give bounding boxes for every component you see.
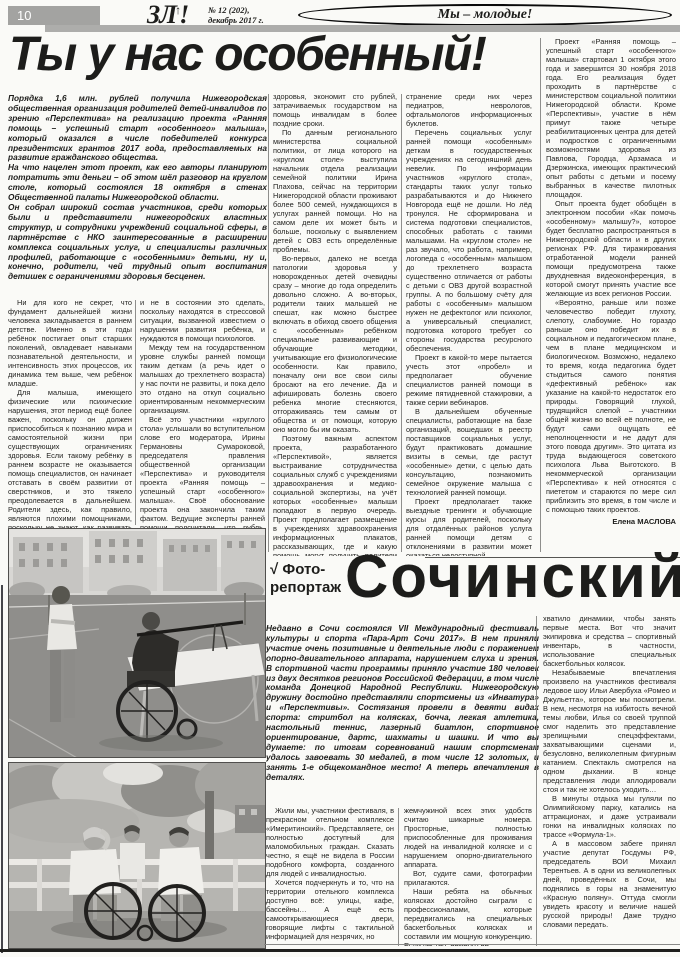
page-edge-line: [1, 585, 3, 953]
lead-paragraph: Он собрал широкий состав участников, сре…: [8, 203, 267, 282]
arrow-up-icon: ↑: [175, 3, 180, 17]
body-paragraph: Жили мы, участники фестиваля, в прекрасн…: [266, 806, 394, 878]
body-paragraph: Ни для кого не секрет, что фундамент дал…: [8, 298, 132, 388]
body-paragraph: По данным регионального министерства соц…: [273, 128, 397, 254]
footer-rule-thin: [264, 944, 680, 945]
body-paragraph: и не в состоянии это сделать, поскольку …: [140, 298, 265, 343]
lead-paragraph: Недавно в Сочи состоялся VII Международн…: [266, 624, 539, 783]
photo-report-label: √ Фото- репортаж: [270, 561, 341, 596]
body-paragraph: Вот, судите сами, фотографии прилагаются…: [404, 869, 532, 887]
lead-paragraph: Порядка 1,6 млн. рублей получила Нижегор…: [8, 94, 267, 163]
column-divider: [398, 808, 399, 946]
article1-column-3: здоровья, экономит сто рублей, затрачива…: [273, 92, 397, 556]
article1-column-2: и не в состоянии это сделать, поскольку …: [140, 298, 265, 530]
body-paragraph: хватило динамики, чтобы занять первые ме…: [543, 614, 676, 668]
article2-lead: Недавно в Сочи состоялся VII Международн…: [266, 624, 539, 798]
body-paragraph: «Вероятно, раньше или позже человечество…: [546, 298, 676, 514]
body-paragraph: Проект «Ранняя помощь – успешный старт «…: [546, 37, 676, 199]
byline: Елена МАСЛОВА: [546, 517, 676, 526]
body-paragraph: Наши ребята на обычных колясках достойно…: [404, 887, 532, 946]
body-paragraph: В минуты отдыха мы гуляли по Олимпийском…: [543, 794, 676, 839]
body-paragraph: Всё это участники «круглого стола» услыш…: [140, 415, 265, 530]
column-divider: [536, 616, 537, 946]
article1-lead: Порядка 1,6 млн. рублей получила Нижегор…: [8, 94, 267, 294]
column-divider: [401, 94, 402, 552]
photo-report-label-line2: репортаж: [270, 579, 341, 597]
body-paragraph: странение среди них через педиатров, нев…: [406, 92, 532, 128]
issue-date: декабрь 2017 г.: [208, 16, 264, 26]
photo-laser-biathlon-image: [9, 529, 265, 757]
newspaper-page: 10 ЗЛ↑! № 12 (202), декабрь 2017 г. Мы –…: [0, 0, 680, 957]
article2-column-2: жемчужиной всех этих удобств считаю шика…: [404, 806, 532, 946]
column-divider: [268, 94, 269, 552]
body-paragraph: здоровья, экономит сто рублей, затрачива…: [273, 92, 397, 128]
article2-column-1: Жили мы, участники фестиваля, в прекрасн…: [266, 806, 394, 946]
column-divider: [135, 300, 136, 525]
article2-column-3: хватило динамики, чтобы занять первые ме…: [543, 614, 676, 946]
rubric-badge: Мы – молодые!: [298, 4, 672, 26]
photo-wheelchair-team-image: [9, 763, 265, 948]
article1-column-5: Проект «Ранняя помощь – успешный старт «…: [546, 37, 676, 557]
lead-paragraph: На что нацелен этот проект, как его авто…: [8, 163, 267, 203]
photo-report-label-line1: √ Фото-: [270, 561, 341, 579]
body-paragraph: Незабываемые впечатления произвело на уч…: [543, 668, 676, 794]
issue-info: № 12 (202), декабрь 2017 г.: [208, 6, 264, 25]
footer-rule-thick: [0, 949, 680, 952]
body-paragraph: Опыт проекта будет обобщён в электронном…: [546, 199, 676, 298]
body-paragraph: Между тем на государственном уровне служ…: [140, 343, 265, 415]
page-number: 10: [8, 6, 100, 25]
body-paragraph: Для малыша, имеющего физические или псих…: [8, 388, 132, 528]
body-paragraph: Хочется подчеркнуть и то, что на террито…: [266, 878, 394, 941]
body-paragraph: Во-первых, далеко не всегда патологии зд…: [273, 254, 397, 434]
body-paragraph: Проект в какой-то мере пытается учесть э…: [406, 353, 532, 407]
body-paragraph: А в массовом забеге принял участие депут…: [543, 839, 676, 929]
article1-title: Ты у нас особенный!: [9, 30, 485, 80]
photo-wheelchair-team: [8, 762, 266, 949]
article1-column-4: странение среди них через педиатров, нев…: [406, 92, 532, 556]
photo-laser-biathlon: [8, 528, 266, 758]
body-paragraph: В дальнейшем обученные специалисты, рабо…: [406, 407, 532, 497]
body-paragraph: Перечень социальных услуг ранней помощи …: [406, 128, 532, 353]
article2-title: Сочинский: [345, 547, 680, 607]
body-paragraph: жемчужиной всех этих удобств считаю шика…: [404, 806, 532, 869]
article1-column-1: Ни для кого не секрет, что фундамент дал…: [8, 298, 132, 528]
body-paragraph: Поэтому важным аспектом проекта, разрабо…: [273, 434, 397, 556]
column-divider: [540, 38, 541, 552]
